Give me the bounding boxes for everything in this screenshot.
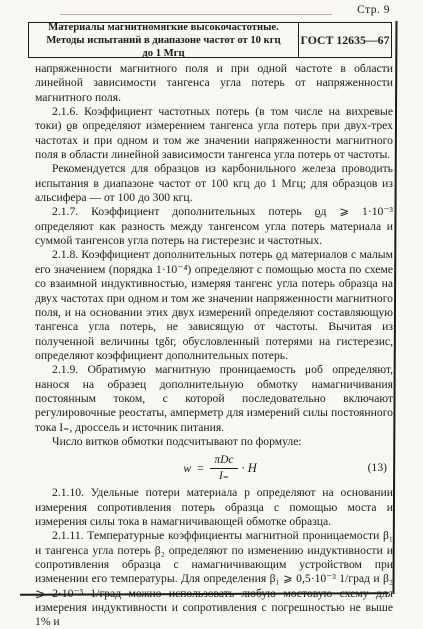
equation-number: (13) xyxy=(368,461,387,475)
formula-13: w = πDс I₌ · H (13) xyxy=(41,454,399,482)
formula-lhs: w xyxy=(183,461,191,475)
right-frame-line xyxy=(392,21,397,594)
formula-fraction: πDс I₌ xyxy=(210,454,237,482)
formula-denominator: I₌ xyxy=(219,469,229,483)
paragraphs-after-formula: 2.1.10. Удельные потери материала p опре… xyxy=(35,486,393,629)
formula-rhs: · H xyxy=(242,461,257,475)
formula-numerator: πDс xyxy=(210,454,237,469)
page-number: Стр. 9 xyxy=(357,4,390,16)
document-title: Материалы магнитномягкие высокочастотные… xyxy=(29,23,299,57)
header-box: Материалы магнитномягкие высокочастотные… xyxy=(28,22,392,58)
paragraph: 2.1.11. Температурные коэффициенты магни… xyxy=(35,529,393,629)
document-page: Стр. 9 Материалы магнитномягкие высокоча… xyxy=(0,0,423,629)
paragraph: 2.1.8. Коэффициент дополнительных потерь… xyxy=(35,248,393,363)
top-rule xyxy=(60,14,332,15)
paragraph: 2.1.7. Коэффициент дополнительных потерь… xyxy=(35,205,393,248)
paragraph: 2.1.10. Удельные потери материала p опре… xyxy=(35,486,393,529)
formula-equals: = xyxy=(196,461,204,475)
paragraph: Число витков обмотки подсчитывают по фор… xyxy=(35,435,393,449)
paragraph: 2.1.6. Коэффициент частотных потерь (в т… xyxy=(35,105,393,162)
standard-number: ГОСТ 12635—67 xyxy=(299,23,391,57)
body-text: напряженности магнитного поля и при одно… xyxy=(35,62,393,629)
paragraphs-before-formula: напряженности магнитного поля и при одно… xyxy=(35,62,393,449)
paragraph: 2.1.9. Обратимую магнитную проницаемость… xyxy=(35,363,393,435)
paragraph: Рекомендуется для образцов из карбонильн… xyxy=(35,162,393,205)
paragraph: напряженности магнитного поля и при одно… xyxy=(35,62,393,105)
